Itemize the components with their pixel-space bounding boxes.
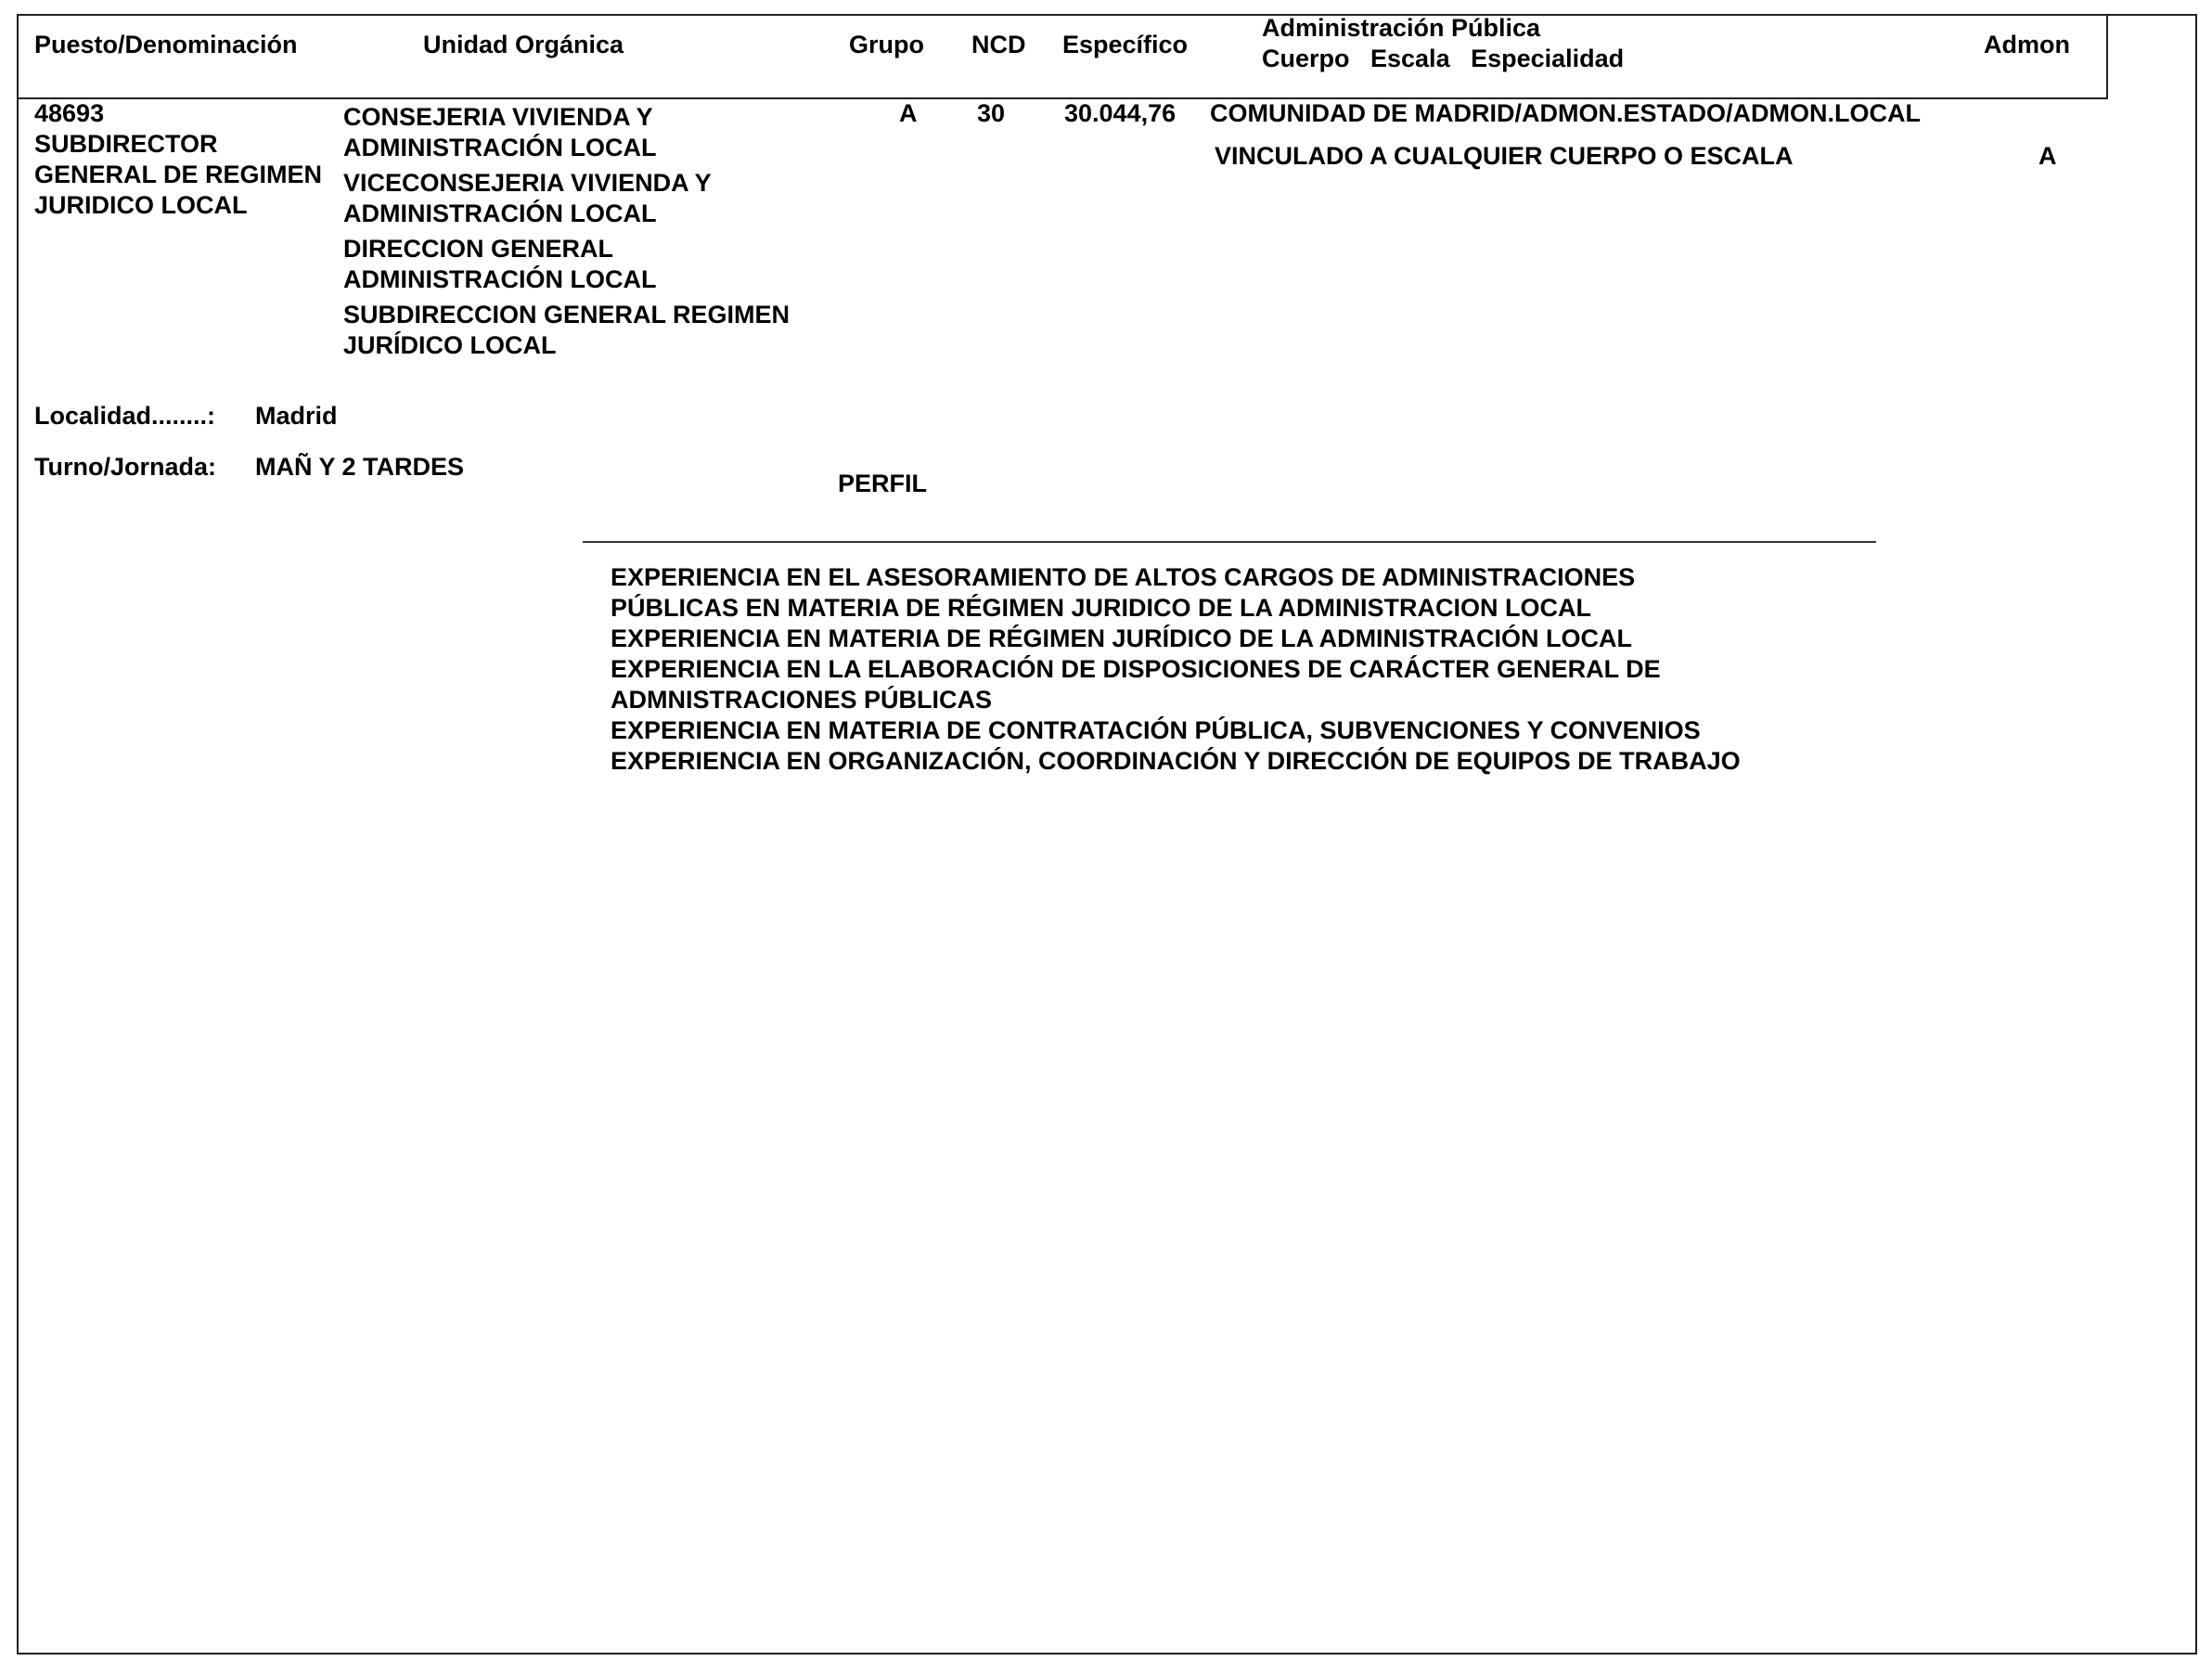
turno-value: MAÑ Y 2 TARDES xyxy=(255,452,464,483)
turno-label: Turno/Jornada: xyxy=(34,452,216,483)
perfil-line: ADMNISTRACIONES PÚBLICAS xyxy=(611,685,1741,715)
perfil-line: EXPERIENCIA EN MATERIA DE CONTRATACIÓN P… xyxy=(611,715,1741,746)
header-unidad-organica: Unidad Orgánica xyxy=(423,30,624,60)
unidad-line: SUBDIRECCION GENERAL REGIMEN xyxy=(343,300,790,330)
perfil-line: EXPERIENCIA EN MATERIA DE RÉGIMEN JURÍDI… xyxy=(611,624,1741,654)
unidad-consejeria: CONSEJERIA VIVIENDA Y ADMINISTRACIÓN LOC… xyxy=(343,102,790,163)
perfil-line: EXPERIENCIA EN LA ELABORACIÓN DE DISPOSI… xyxy=(611,654,1741,685)
unidad-line: ADMINISTRACIÓN LOCAL xyxy=(343,133,790,163)
unidad-viceconsejeria: VICECONSEJERIA VIVIENDA Y ADMINISTRACIÓN… xyxy=(343,168,790,229)
grupo-value: A xyxy=(899,98,918,129)
unidad-line: ADMINISTRACIÓN LOCAL xyxy=(343,199,790,229)
header-puesto: Puesto/Denominación xyxy=(34,30,298,60)
perfil-requirements: EXPERIENCIA EN EL ASESORAMIENTO DE ALTOS… xyxy=(611,562,1741,777)
unidad-organica-cell: CONSEJERIA VIVIENDA Y ADMINISTRACIÓN LOC… xyxy=(343,102,790,366)
unidad-line: CONSEJERIA VIVIENDA Y xyxy=(343,102,790,133)
unidad-direccion-general: DIRECCION GENERAL ADMINISTRACIÓN LOCAL xyxy=(343,234,790,295)
puesto-code: 48693 xyxy=(34,98,322,129)
unidad-line: DIRECCION GENERAL xyxy=(343,234,790,264)
unidad-line: VICECONSEJERIA VIVIENDA Y xyxy=(343,168,790,199)
unidad-line: JURÍDICO LOCAL xyxy=(343,330,790,361)
puesto-name-line: GENERAL DE REGIMEN xyxy=(34,160,322,190)
unidad-subdireccion-general: SUBDIRECCION GENERAL REGIMEN JURÍDICO LO… xyxy=(343,300,790,361)
header-administracion-publica: Administración Pública xyxy=(1262,13,1540,44)
perfil-title: PERFIL xyxy=(838,469,927,499)
localidad-label: Localidad........: xyxy=(34,401,215,431)
puesto-name-line: SUBDIRECTOR xyxy=(34,129,322,160)
perfil-line: PÚBLICAS EN MATERIA DE RÉGIMEN JURIDICO … xyxy=(611,593,1741,624)
header-especifico: Específico xyxy=(1062,30,1188,60)
perfil-line: EXPERIENCIA EN EL ASESORAMIENTO DE ALTOS… xyxy=(611,562,1741,593)
unidad-line: ADMINISTRACIÓN LOCAL xyxy=(343,264,790,295)
cuerpo-value: VINCULADO A CUALQUIER CUERPO O ESCALA xyxy=(1215,141,1794,172)
admon-value: A xyxy=(2038,141,2057,172)
administracion-value: COMUNIDAD DE MADRID/ADMON.ESTADO/ADMON.L… xyxy=(1210,98,1921,129)
perfil-divider xyxy=(583,541,1876,543)
header-admon: Admon xyxy=(1984,30,2070,60)
perfil-line: EXPERIENCIA EN ORGANIZACIÓN, COORDINACIÓ… xyxy=(611,746,1741,777)
puesto-cell: 48693 SUBDIRECTOR GENERAL DE REGIMEN JUR… xyxy=(34,98,322,221)
header-cuerpo-escala-especialidad: Cuerpo Escala Especialidad xyxy=(1262,44,1624,74)
puesto-name-line: JURIDICO LOCAL xyxy=(34,190,322,221)
header-ncd: NCD xyxy=(971,30,1026,60)
ncd-value: 30 xyxy=(977,98,1005,129)
localidad-value: Madrid xyxy=(255,401,338,431)
header-grupo: Grupo xyxy=(849,30,924,60)
especifico-value: 30.044,76 xyxy=(1064,98,1176,129)
